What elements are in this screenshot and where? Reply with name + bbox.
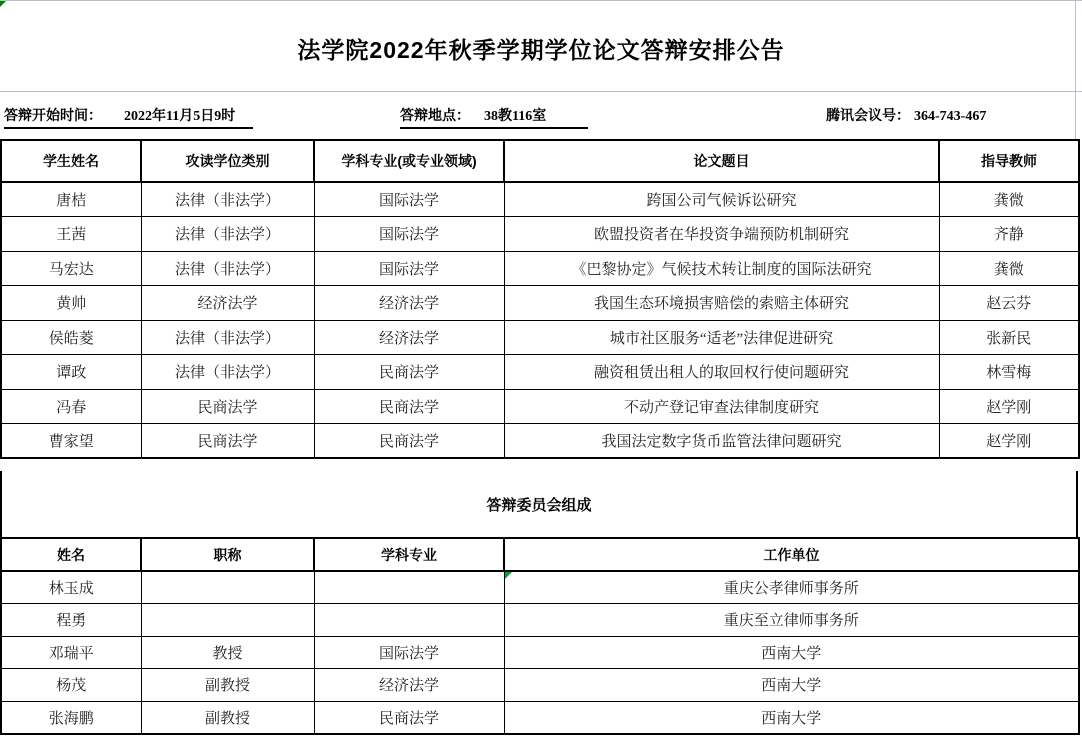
table-cell: 我国生态环境损害赔偿的索赔主体研究 [504,286,939,321]
committee-section-title: 答辩委员会组成 [0,471,1078,537]
table-cell: 马宏达 [1,251,141,286]
table-row: 唐桔法律（非法学）国际法学跨国公司气候诉讼研究龚微 [1,182,1079,217]
column-header: 学科专业(或专业领域) [314,140,504,182]
table-cell: 张新民 [939,320,1079,355]
table-cell: 重庆公孝律师事务所 [504,571,1079,604]
column-header: 学生姓名 [1,140,141,182]
table-cell: 侯皓菱 [1,320,141,355]
table-cell: 法律（非法学） [141,320,314,355]
table-cell: 赵学刚 [939,424,1079,459]
tencent-meeting-value: 364-743-467 [914,109,986,124]
table-cell: 经济法学 [314,286,504,321]
table-row: 王茜法律（非法学）国际法学欧盟投资者在华投资争端预防机制研究齐静 [1,217,1079,252]
table-cell [314,571,504,604]
announcement-document: 法学院2022年秋季学期学位论文答辩安排公告 答辩开始时间：2022年11月5日… [0,0,1082,745]
sheet-gridline-under-title [0,91,1082,92]
table-cell: 民商法学 [314,701,504,734]
table-cell: 重庆至立律师事务所 [504,604,1079,637]
table-cell: 林雪梅 [939,355,1079,390]
table-row: 黄帅经济法学经济法学我国生态环境损害赔偿的索赔主体研究赵云芬 [1,286,1079,321]
sheet-gridline-top [0,0,1082,1]
table-cell: 龚微 [939,182,1079,217]
table-row: 侯皓菱法律（非法学）经济法学城市社区服务“适老”法律促进研究张新民 [1,320,1079,355]
table-cell: 民商法学 [141,424,314,459]
table-cell: 国际法学 [314,251,504,286]
column-header: 姓名 [1,538,141,571]
table-row: 冯春民商法学民商法学不动产登记审查法律制度研究赵学刚 [1,389,1079,424]
table-cell: 赵学刚 [939,389,1079,424]
table-row: 谭政法律（非法学）民商法学融资租赁出租人的取回权行使问题研究林雪梅 [1,355,1079,390]
table-cell [141,604,314,637]
table-cell: 法律（非法学） [141,355,314,390]
defense-start-time-value: 2022年11月5日9时 [124,109,235,124]
tencent-meeting-number: 腾讯会议号：364-743-467 [826,105,986,125]
defense-start-time-label: 答辩开始时间： [4,107,102,123]
column-header: 论文题目 [504,140,939,182]
table-cell: 经济法学 [314,669,504,702]
table-cell: 《巴黎协定》气候技术转让制度的国际法研究 [504,251,939,286]
table-cell: 国际法学 [314,182,504,217]
table-cell: 西南大学 [504,669,1079,702]
table-cell: 欧盟投资者在华投资争端预防机制研究 [504,217,939,252]
table-cell: 杨茂 [1,669,141,702]
table-cell [141,571,314,604]
table-cell: 程勇 [1,604,141,637]
table-cell: 齐静 [939,217,1079,252]
table-cell: 唐桔 [1,182,141,217]
table-cell: 谭政 [1,355,141,390]
page-title: 法学院2022年秋季学期学位论文答辩安排公告 [0,32,1082,65]
table-cell: 民商法学 [314,355,504,390]
sheet-corner-flag-icon [0,1,6,7]
cell-comment-indicator-icon [505,572,512,579]
table-cell: 民商法学 [314,389,504,424]
table-row: 程勇重庆至立律师事务所 [1,604,1079,637]
table-cell: 张海鹏 [1,701,141,734]
table-row: 邓瑞平教授国际法学西南大学 [1,636,1079,669]
tencent-meeting-label: 腾讯会议号： [826,107,910,123]
table-row: 马宏达法律（非法学）国际法学《巴黎协定》气候技术转让制度的国际法研究龚微 [1,251,1079,286]
header-row: 姓名职称学科专业工作单位 [1,538,1079,571]
table-cell: 曹家望 [1,424,141,459]
table-cell: 城市社区服务“适老”法律促进研究 [504,320,939,355]
table-cell: 民商法学 [141,389,314,424]
table-cell: 副教授 [141,701,314,734]
table-cell: 我国法定数字货币监管法律问题研究 [504,424,939,459]
table-cell: 副教授 [141,669,314,702]
defense-location: 答辩地点：38教116室 [400,105,588,129]
table-cell: 邓瑞平 [1,636,141,669]
table-cell: 冯春 [1,389,141,424]
column-header: 攻读学位类别 [141,140,314,182]
column-header: 学科专业 [314,538,504,571]
defense-schedule-header: 学生姓名攻读学位类别学科专业(或专业领域)论文题目指导教师 [1,140,1079,182]
table-row: 曹家望民商法学民商法学我国法定数字货币监管法律问题研究赵学刚 [1,424,1079,459]
table-cell: 经济法学 [314,320,504,355]
table-cell: 龚微 [939,251,1079,286]
table-cell: 跨国公司气候诉讼研究 [504,182,939,217]
table-cell: 教授 [141,636,314,669]
table-cell: 法律（非法学） [141,251,314,286]
table-cell: 法律（非法学） [141,182,314,217]
table-row: 张海鹏副教授民商法学西南大学 [1,701,1079,734]
table-cell: 经济法学 [141,286,314,321]
table-cell [314,604,504,637]
table-cell: 不动产登记审查法律制度研究 [504,389,939,424]
column-header: 工作单位 [504,538,1079,571]
table-cell: 法律（非法学） [141,217,314,252]
table-cell: 国际法学 [314,217,504,252]
column-header: 职称 [141,538,314,571]
sheet-gridline-right [1075,0,1076,139]
defense-location-label: 答辩地点： [400,107,470,123]
table-cell: 林玉成 [1,571,141,604]
table-cell: 国际法学 [314,636,504,669]
table-row: 林玉成重庆公孝律师事务所 [1,571,1079,604]
header-row: 学生姓名攻读学位类别学科专业(或专业领域)论文题目指导教师 [1,140,1079,182]
table-cell: 黄帅 [1,286,141,321]
table-row: 杨茂副教授经济法学西南大学 [1,669,1079,702]
committee-table-header: 姓名职称学科专业工作单位 [1,538,1079,571]
table-cell: 西南大学 [504,636,1079,669]
table-cell: 西南大学 [504,701,1079,734]
table-cell: 融资租赁出租人的取回权行使问题研究 [504,355,939,390]
defense-location-value: 38教116室 [484,109,546,124]
table-cell: 民商法学 [314,424,504,459]
defense-start-time: 答辩开始时间：2022年11月5日9时 [4,105,253,129]
table-cell: 赵云芬 [939,286,1079,321]
table-cell: 王茜 [1,217,141,252]
column-header: 指导教师 [939,140,1079,182]
defense-schedule-table: 学生姓名攻读学位类别学科专业(或专业领域)论文题目指导教师 唐桔法律（非法学）国… [0,139,1080,459]
committee-table: 姓名职称学科专业工作单位 林玉成重庆公孝律师事务所程勇重庆至立律师事务所邓瑞平教… [0,537,1080,735]
